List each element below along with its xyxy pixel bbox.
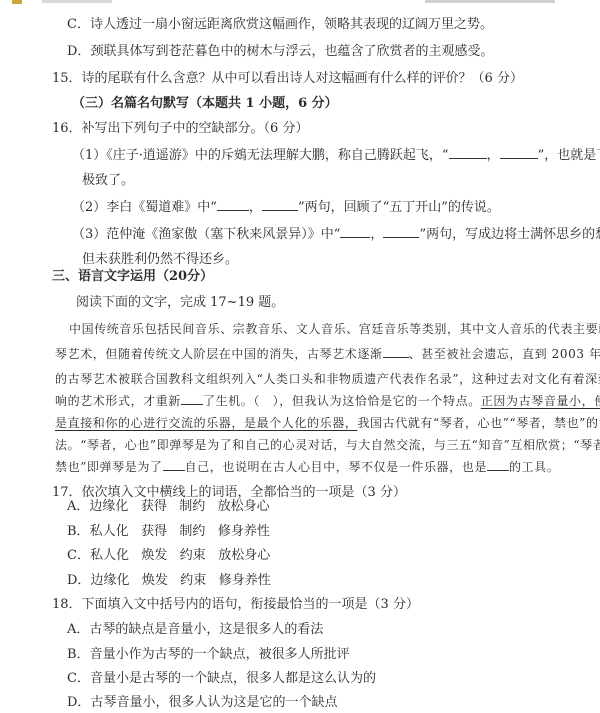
word-1: 边缘化 — [89, 499, 128, 514]
reading-intro: 阅读下面的文字，完成 17~19 题。 — [76, 294, 284, 312]
fill-blank[interactable] — [500, 146, 538, 159]
fill-blank[interactable] — [449, 146, 487, 159]
q18-option-d[interactable]: D．古琴音量小，很多人认为这是它的一个缺点 — [67, 694, 337, 712]
q16-2-suffix: ”两句，回顾了“五丁开山”的传说。 — [298, 200, 500, 215]
question-16-item-3-cont: 但未获胜利仍然不得还乡。 — [82, 251, 238, 269]
q16-3-suffix: ”两句，写成边将士满怀思乡的愁苦， — [419, 227, 600, 242]
passage-text: 琴艺术，但随着传统文人阶层在中国的消失，古琴艺术逐渐 — [55, 347, 383, 361]
option-letter: D． — [67, 573, 90, 588]
q16-3-comma: ， — [370, 227, 383, 242]
q18-option-a[interactable]: A．古琴的缺点是音量小，这是很多人的看法 — [67, 621, 323, 639]
page-header-strip — [0, 0, 600, 6]
q18-option-b[interactable]: B．音量小作为古琴的一个缺点，被很多人所批评 — [67, 646, 350, 664]
question-16-stem: 16．补写出下列句子中的空缺部分。（6 分） — [52, 120, 308, 138]
question-16-item-1-cont: 极致了。 — [82, 172, 134, 190]
fill-blank[interactable] — [340, 225, 370, 238]
word-3: 制约 — [179, 524, 205, 539]
option-letter: C． — [67, 17, 90, 32]
option-letter: C． — [67, 548, 90, 563]
passage-text: 了生机。（ ），但我认为这恰恰是它的一个特点。 — [203, 394, 481, 408]
passage-text: 、甚至被社会遗忘，直到 2003 年，中国 — [409, 347, 600, 361]
word-2: 焕发 — [142, 573, 168, 588]
passage-line-5: 是直接和你的心进行交流的乐器，是最个人化的乐器，我国古代就有“琴者，心也”“琴者… — [55, 414, 600, 432]
q17-option-d[interactable]: D．边缘化 焕发 约束 修身养性 — [67, 572, 271, 590]
question-16-item-1: （1）《庄子·逍遥游》中的斥鴳无法理解大鹏，称自己腾跃起飞，“，”，也就是飞行的 — [72, 146, 600, 165]
passage-line-4: 响的艺术形式，才重新了生机。（ ），但我认为这恰恰是它的一个特点。正因为古琴音量… — [55, 392, 600, 410]
word-3: 约束 — [180, 573, 206, 588]
fill-blank[interactable] — [262, 198, 298, 211]
option-letter: A． — [67, 499, 89, 514]
fill-blank[interactable] — [181, 392, 203, 405]
passage-line-7: 禁也”即弹琴是为了自己，也说明在古人心目中，琴不仅是一件乐器，也是的工具。 — [55, 458, 559, 476]
option-letter: C． — [67, 671, 90, 686]
fill-blank[interactable] — [383, 345, 409, 358]
option-letter: A． — [67, 622, 89, 637]
word-2: 获得 — [141, 499, 167, 514]
word-4: 放松身心 — [218, 548, 270, 563]
option-letter: B． — [67, 524, 90, 539]
underlined-sentence: 正因为古琴音量小，使得它 — [481, 394, 600, 408]
q16-2-comma: ， — [249, 200, 262, 215]
passage-line-2: 琴艺术，但随着传统文人阶层在中国的消失，古琴艺术逐渐、甚至被社会遗忘，直到 20… — [55, 345, 600, 363]
underlined-sentence: 是直接和你的心进行交流的乐器，是最个人化的乐器， — [55, 416, 357, 430]
q14-option-d: D．颈联具体写到苍茫暮色中的树木与浮云，也蕴含了欣赏者的主观感受。 — [67, 43, 493, 61]
passage-text: 的工具。 — [509, 460, 559, 474]
passage-text: 响的艺术形式，才重新 — [55, 394, 181, 408]
passage-line-1: 中国传统音乐包括民间音乐、宗教音乐、文人音乐、宫廷音乐等类别，其中文人音乐的代表… — [69, 320, 600, 338]
q17-option-a[interactable]: A．边缘化 获得 制约 放松身心 — [67, 498, 270, 516]
word-1: 私人化 — [90, 524, 129, 539]
header-right-text-cropped — [425, 0, 555, 3]
passage-line-6: 法。“琴者，心也”即弹琴是为了和自己的心灵对话，与大自然交流，与三五“知音”互相… — [55, 436, 600, 454]
fill-blank[interactable] — [163, 458, 185, 471]
word-1: 边缘化 — [90, 573, 129, 588]
q16-1-prefix: （1）《庄子·逍遥游》中的斥鴳无法理解大鹏，称自己腾跃起飞，“ — [72, 148, 449, 163]
word-1: 私人化 — [90, 548, 129, 563]
question-16-item-2: （2）李白《蜀道难》中“，”两句，回顾了“五丁开山”的传说。 — [72, 198, 500, 217]
word-4: 放松身心 — [218, 499, 270, 514]
word-3: 约束 — [180, 548, 206, 563]
option-letter: D． — [67, 695, 90, 710]
question-15: 15．诗的尾联有什么含意？从中可以看出诗人对这幅画有什么样的评价？（6 分） — [52, 70, 523, 88]
passage-line-3: 的古琴艺术被联合国教科文组织列入“人类口头和非物质遗产代表作名录”，这种过去对文… — [55, 370, 600, 388]
option-text: 古琴音量小，很多人认为这是它的一个缺点 — [90, 695, 337, 710]
option-text: 古琴的缺点是音量小，这是很多人的看法 — [89, 622, 323, 637]
header-left-text-cropped — [42, 0, 112, 3]
q16-1-comma: ， — [487, 148, 500, 163]
q14-option-c: C．诗人透过一扇小窗远距离欣赏这幅画作，领略其表现的辽阔万里之势。 — [67, 16, 493, 34]
option-text: 音量小是古琴的一个缺点，很多人都是这么认为的 — [90, 671, 376, 686]
passage-text: 我国古代就有“琴者，心也”“琴者，禁也”的说 — [357, 416, 600, 430]
q17-option-b[interactable]: B．私人化 获得 制约 修身养性 — [67, 523, 270, 541]
word-2: 获得 — [141, 524, 167, 539]
part-3-title: 三、语言文字运用（20分） — [52, 268, 213, 286]
word-4: 修身养性 — [218, 524, 270, 539]
option-text: 诗人透过一扇小窗远距离欣赏这幅画作，领略其表现的辽阔万里之势。 — [90, 17, 493, 32]
document-logo-icon — [12, 0, 22, 4]
section-3-title: （三）名篇名句默写（本题共 1 小题，6 分） — [72, 95, 338, 113]
option-text: 音量小作为古琴的一个缺点，被很多人所批评 — [90, 647, 350, 662]
q16-3-prefix: （3）范仲淹《渔家傲（塞下秋来风景异）》中“ — [72, 227, 340, 242]
fill-blank[interactable] — [217, 198, 249, 211]
option-text: 颈联具体写到苍茫暮色中的树木与浮云，也蕴含了欣赏者的主观感受。 — [90, 44, 493, 59]
q16-2-prefix: （2）李白《蜀道难》中“ — [72, 200, 217, 215]
question-16-item-3: （3）范仲淹《渔家傲（塞下秋来风景异）》中“，”两句，写成边将士满怀思乡的愁苦， — [72, 225, 600, 244]
q16-1-suffix: ”，也就是飞行的 — [538, 148, 600, 163]
word-3: 制约 — [179, 499, 205, 514]
question-18-stem: 18．下面填入文中括号内的语句，衔接最恰当的一项是（3 分） — [52, 596, 419, 614]
passage-text: 禁也”即弹琴是为了 — [55, 460, 163, 474]
q18-option-c[interactable]: C．音量小是古琴的一个缺点，很多人都是这么认为的 — [67, 670, 376, 688]
fill-blank[interactable] — [487, 458, 509, 471]
fill-blank[interactable] — [383, 225, 419, 238]
q17-option-c[interactable]: C．私人化 焕发 约束 放松身心 — [67, 547, 270, 565]
passage-text: 自己，也说明在古人心目中，琴不仅是一件乐器，也是 — [185, 460, 487, 474]
option-letter: D． — [67, 44, 90, 59]
word-2: 焕发 — [141, 548, 167, 563]
word-4: 修身养性 — [219, 573, 271, 588]
option-letter: B． — [67, 647, 90, 662]
